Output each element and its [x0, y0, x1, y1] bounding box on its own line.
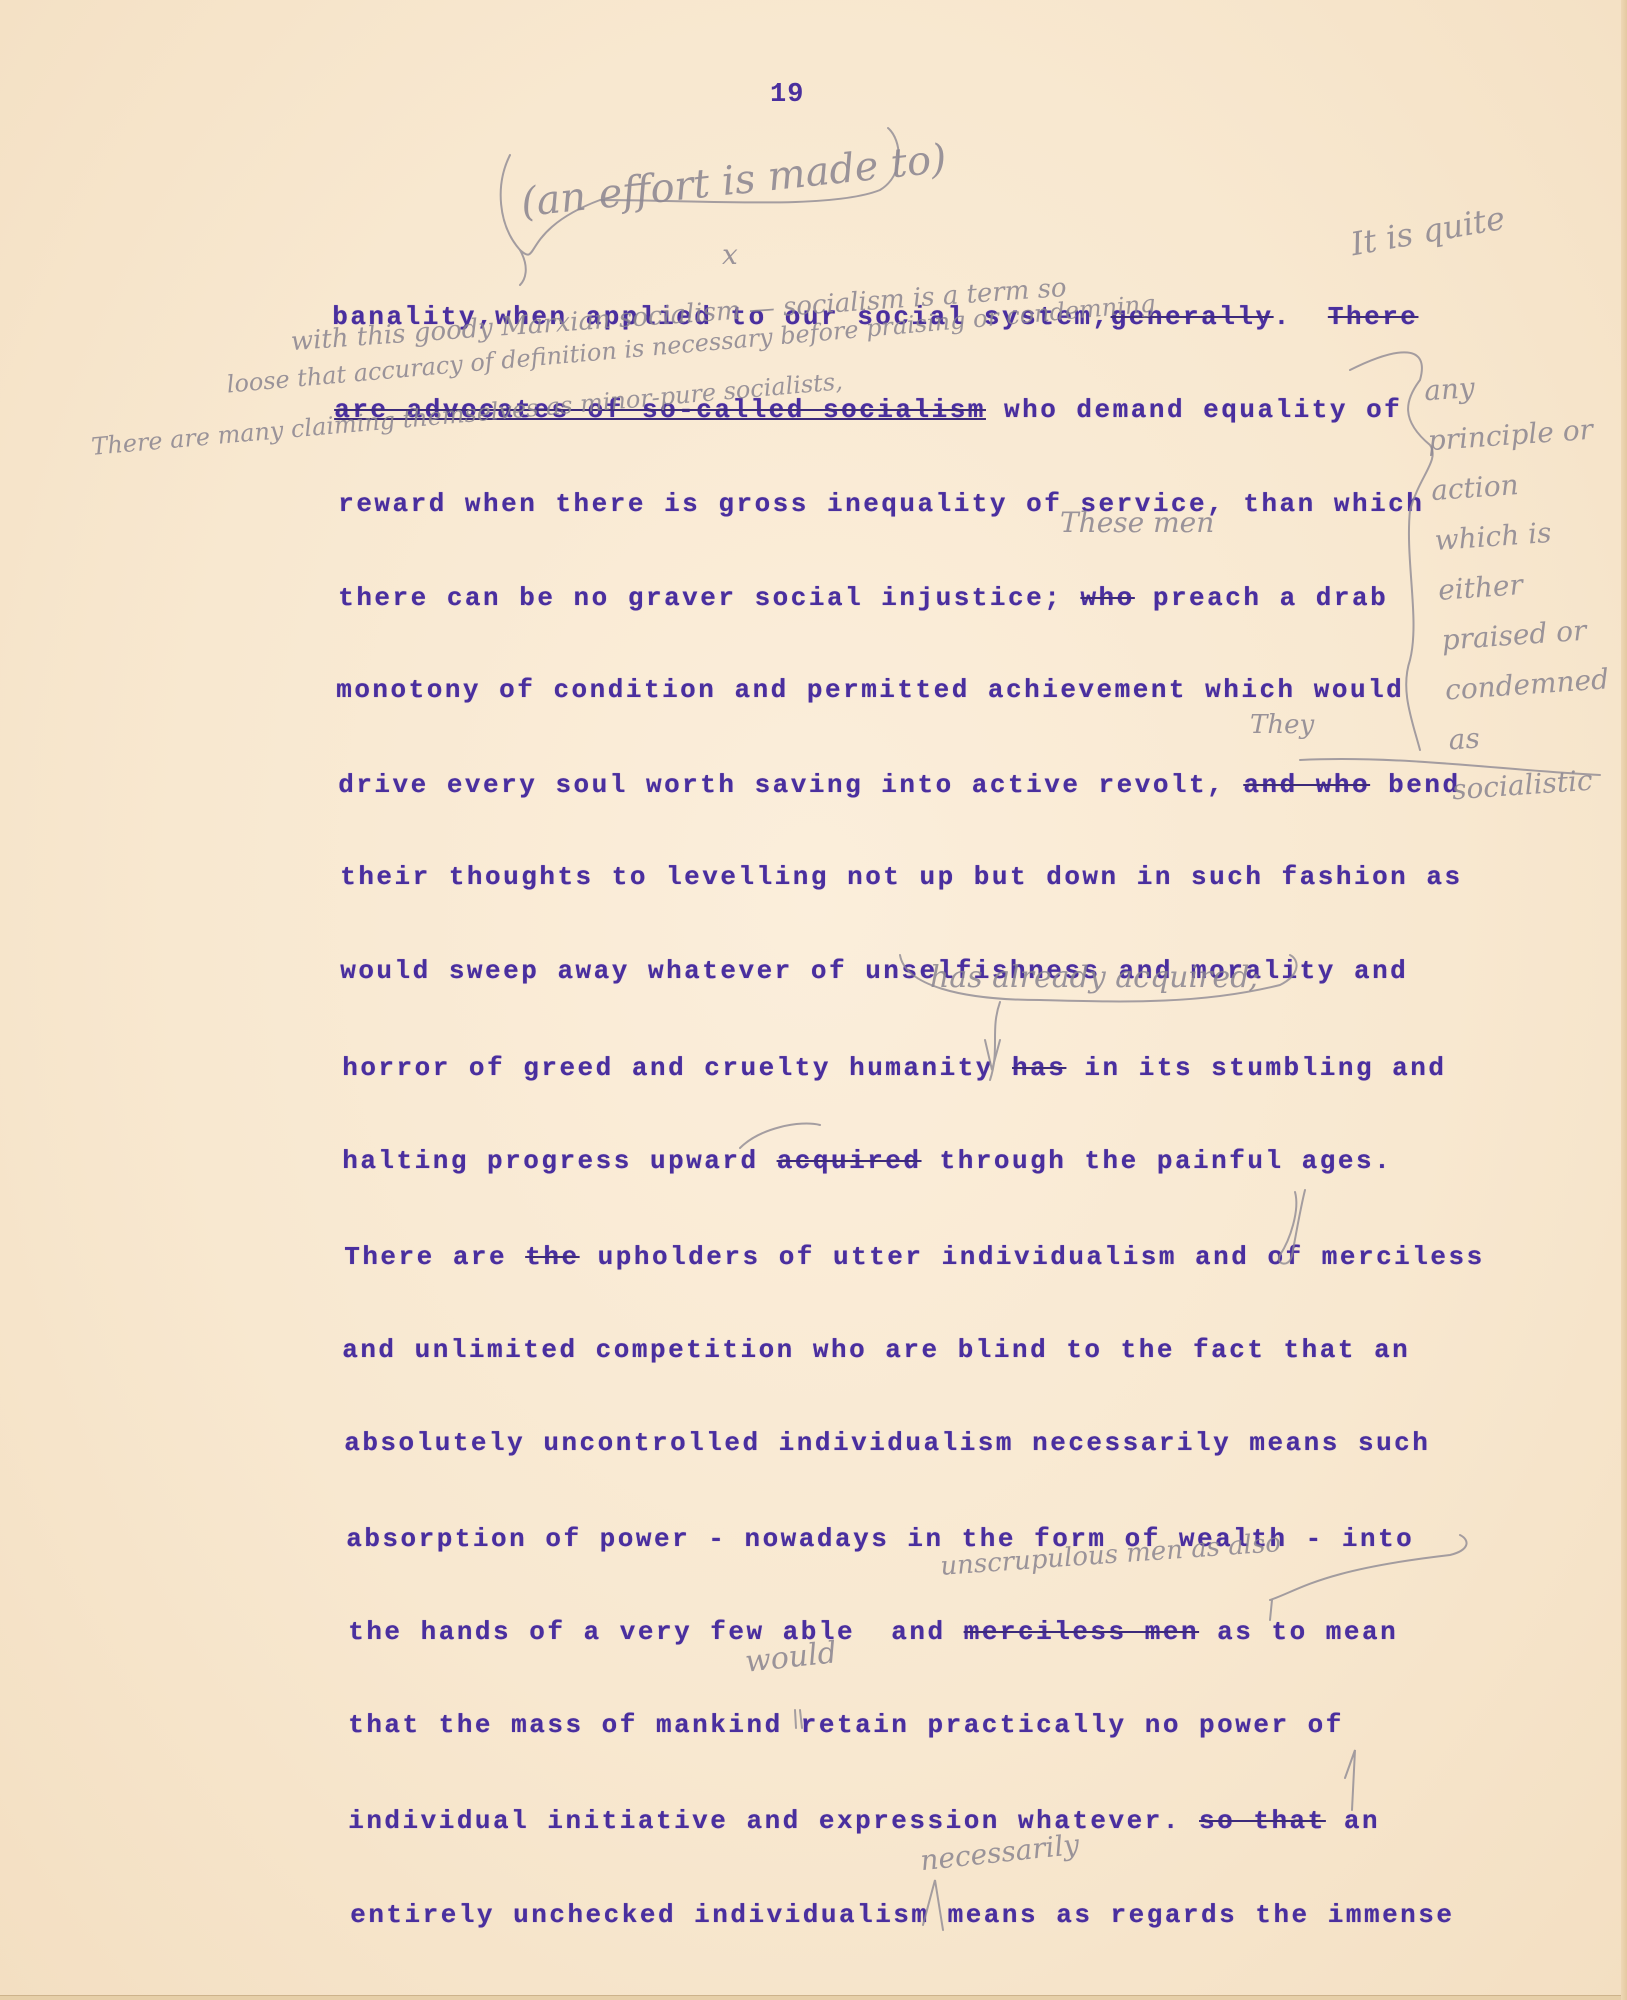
struck-text: so that	[1199, 1806, 1326, 1836]
text-segment: reward when there is gross inequality of…	[338, 489, 1424, 519]
text-segment: upholders of utter individualism and of …	[580, 1242, 1485, 1272]
text-segment: entirely unchecked individualism means a…	[350, 1900, 1454, 1930]
typed-line-18: entirely unchecked individualism means a…	[314, 1870, 1454, 1930]
text-segment: who demand equality of	[986, 395, 1402, 425]
struck-text: There	[1328, 302, 1419, 332]
text-segment: the hands of a very few able and	[348, 1617, 964, 1647]
pencil-caret-mark: x	[722, 238, 738, 271]
page-bottom-edge	[0, 1995, 1627, 2000]
typed-line-11: There are the upholders of utter individ…	[308, 1212, 1485, 1272]
typed-line-16: that the mass of mankind retain practica…	[312, 1680, 1344, 1740]
text-segment: drive every soul worth saving into activ…	[338, 770, 1243, 800]
struck-text: merciless men	[964, 1617, 1199, 1647]
text-segment: There are	[344, 1242, 525, 1272]
struck-text: acquired	[777, 1146, 922, 1176]
text-segment: through the painful ages.	[922, 1146, 1393, 1176]
text-segment: .	[1274, 302, 1328, 332]
pencil-margin-principle-list: any principle or action which is either …	[1423, 355, 1624, 816]
text-segment: their thoughts to levelling not up but d…	[340, 862, 1462, 892]
text-segment: bend	[1370, 770, 1461, 800]
typed-line-9: horror of greed and cruelty humanity has…	[306, 1023, 1446, 1083]
pencil-has-already-acquired: has already acquired;	[930, 960, 1260, 995]
text-segment: there can be no graver social injustice;	[338, 583, 1080, 613]
typed-line-6: drive every soul worth saving into activ…	[302, 740, 1461, 800]
struck-text: and who	[1243, 770, 1370, 800]
typed-line-15: the hands of a very few able and mercile…	[312, 1587, 1398, 1647]
text-segment: and unlimited competition who are blind …	[342, 1335, 1410, 1365]
struck-text: the	[525, 1242, 579, 1272]
text-segment: as to mean	[1199, 1617, 1398, 1647]
text-segment: halting progress upward	[342, 1146, 776, 1176]
typed-line-13: absolutely uncontrolled individualism ne…	[308, 1398, 1430, 1458]
page-number: 19	[770, 80, 804, 110]
typed-line-5: monotony of condition and permitted achi…	[300, 645, 1404, 705]
typed-line-4: there can be no graver social injustice;…	[302, 553, 1388, 613]
text-segment: horror of greed and cruelty humanity	[342, 1053, 1012, 1083]
typed-line-17: individual initiative and expression wha…	[312, 1776, 1380, 1836]
struck-text: has	[1012, 1053, 1066, 1083]
text-segment: preach a drab	[1135, 583, 1388, 613]
text-segment: monotony of condition and permitted achi…	[336, 675, 1404, 705]
typed-line-7: their thoughts to levelling not up but d…	[304, 832, 1463, 892]
pencil-these-men: These men	[1060, 506, 1214, 539]
typed-line-3: reward when there is gross inequality of…	[302, 459, 1424, 519]
text-segment: an	[1326, 1806, 1380, 1836]
text-segment: in its stumbling and	[1066, 1053, 1446, 1083]
struck-text: who	[1080, 583, 1134, 613]
page-right-edge	[1621, 0, 1627, 2000]
text-segment: that the mass of mankind retain practica…	[348, 1710, 1344, 1740]
pencil-they: They	[1250, 710, 1314, 740]
text-segment: absolutely uncontrolled individualism ne…	[344, 1428, 1430, 1458]
typed-line-12: and unlimited competition who are blind …	[306, 1305, 1410, 1365]
typed-line-10: halting progress upward acquired through…	[306, 1116, 1392, 1176]
